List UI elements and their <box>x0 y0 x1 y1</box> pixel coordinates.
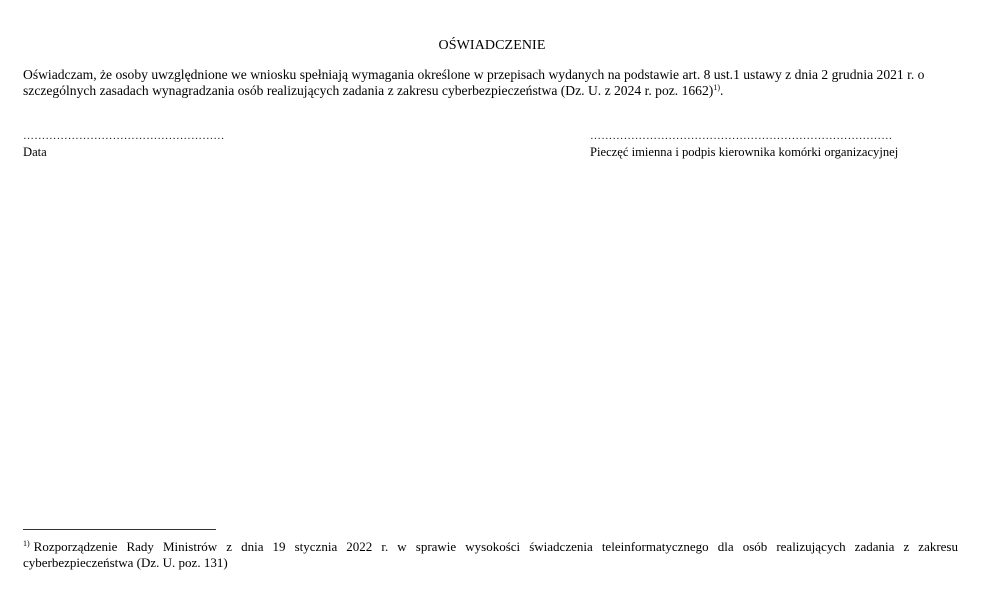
date-signature-block: ……………………………………………… Data <box>23 130 225 159</box>
stamp-signature-label: Pieczęć imienna i podpis kierownika komó… <box>590 145 898 159</box>
footnote-marker: 1) <box>23 539 30 548</box>
statement-paragraph: Oświadczam, że osoby uwzględnione we wni… <box>23 67 963 99</box>
date-dotted-line: ……………………………………………… <box>23 130 225 142</box>
footnote-reference: 1) <box>713 83 720 92</box>
footnote: 1)Rozporządzenie Rady Ministrów z dnia 1… <box>23 539 958 571</box>
footnote-separator <box>23 529 216 530</box>
date-label: Data <box>23 145 225 159</box>
statement-trailing: . <box>720 83 723 98</box>
stamp-dotted-line: ……………………………………………………………………… <box>590 130 898 142</box>
stamp-signature-block: ……………………………………………………………………… Pieczęć imie… <box>590 130 898 159</box>
footnote-text: Rozporządzenie Rady Ministrów z dnia 19 … <box>23 539 958 570</box>
document-title: OŚWIADCZENIE <box>0 38 984 54</box>
statement-text: Oświadczam, że osoby uwzględnione we wni… <box>23 67 924 98</box>
